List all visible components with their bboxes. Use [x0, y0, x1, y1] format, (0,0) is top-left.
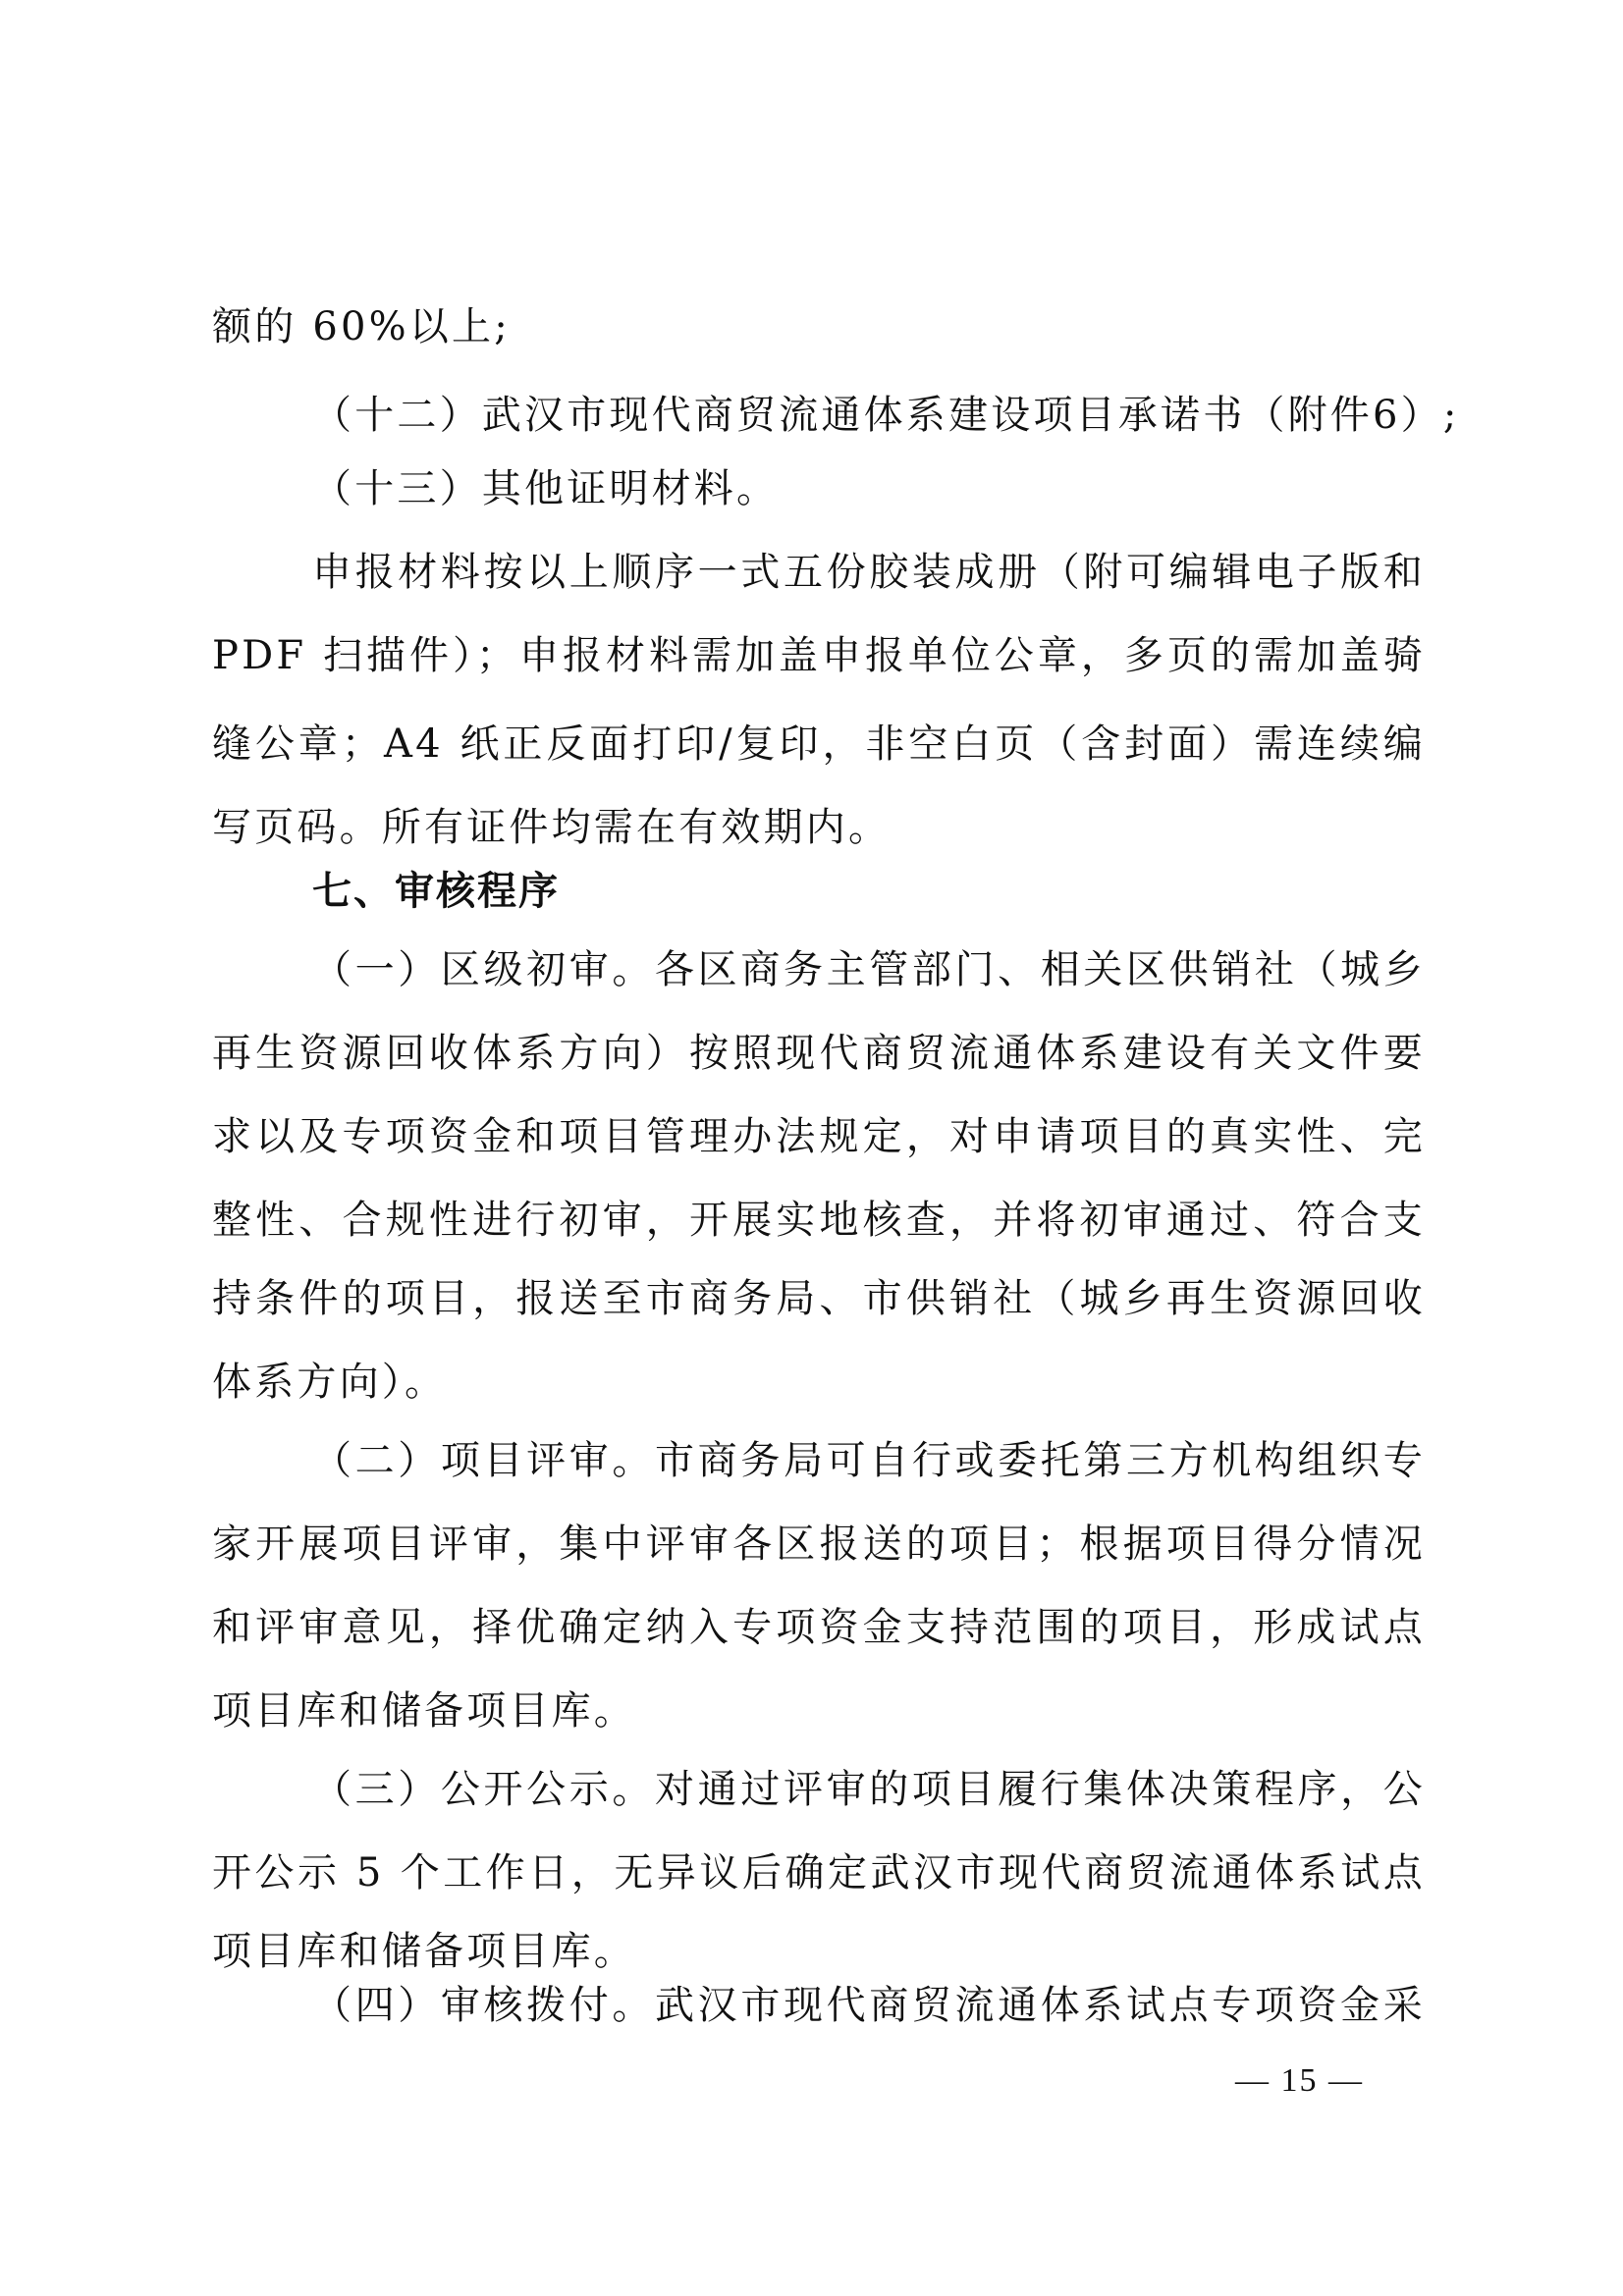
paragraph-line: （一）区级初审。各区商务主管部门、相关区供销社（城乡 [312, 942, 1426, 997]
paragraph-line: 项目库和储备项目库。 [212, 1683, 1426, 1738]
list-item-12: （十二）武汉市现代商贸流通体系建设项目承诺书（附件6）; [312, 388, 1426, 443]
paragraph-line: 再生资源回收体系方向）按照现代商贸流通体系建设有关文件要 [212, 1026, 1426, 1081]
paragraph-line: （三）公开公示。对通过评审的项目履行集体决策程序，公 [312, 1762, 1426, 1817]
paragraph-line: 项目库和储备项目库。 [212, 1924, 1426, 1979]
paragraph-line: （二）项目评审。市商务局可自行或委托第三方机构组织专 [312, 1433, 1426, 1488]
list-item-13: （十三）其他证明材料。 [312, 461, 1426, 516]
page-number: — 15 — [1235, 2059, 1364, 2103]
paragraph-line: 整性、合规性进行初审，开展实地核查，并将初审通过、符合支 [212, 1193, 1426, 1248]
paragraph-line: 持条件的项目，报送至市商务局、市供销社（城乡再生资源回收 [212, 1271, 1426, 1326]
paragraph-line: 申报材料按以上顺序一式五份胶装成册（附可编辑电子版和 [312, 545, 1426, 600]
paragraph-line: PDF 扫描件）；申报材料需加盖申报单位公章，多页的需加盖骑 [212, 628, 1426, 683]
paragraph-line: 缝公章；A4 纸正反面打印/复印，非空白页（含封面）需连续编 [212, 717, 1426, 772]
paragraph-line: （四）审核拨付。武汉市现代商贸流通体系试点专项资金采 [312, 1978, 1426, 2033]
document-page: 额的 60%以上; （十二）武汉市现代商贸流通体系建设项目承诺书（附件6）; （… [0, 0, 1623, 2296]
paragraph-line: 写页码。所有证件均需在有效期内。 [212, 800, 1426, 855]
paragraph-line: 体系方向）。 [212, 1355, 1426, 1410]
paragraph-line: 家开展项目评审，集中评审各区报送的项目；根据项目得分情况 [212, 1517, 1426, 1572]
paragraph-line: 和评审意见，择优确定纳入专项资金支持范围的项目，形成试点 [212, 1600, 1426, 1655]
paragraph-line: 开公示 5 个工作日，无异议后确定武汉市现代商贸流通体系试点 [212, 1845, 1426, 1900]
paragraph-line: 额的 60%以上; [212, 299, 1426, 354]
section-heading: 七、审核程序 [312, 864, 560, 919]
paragraph-line: 求以及专项资金和项目管理办法规定，对申请项目的真实性、完 [212, 1109, 1426, 1164]
